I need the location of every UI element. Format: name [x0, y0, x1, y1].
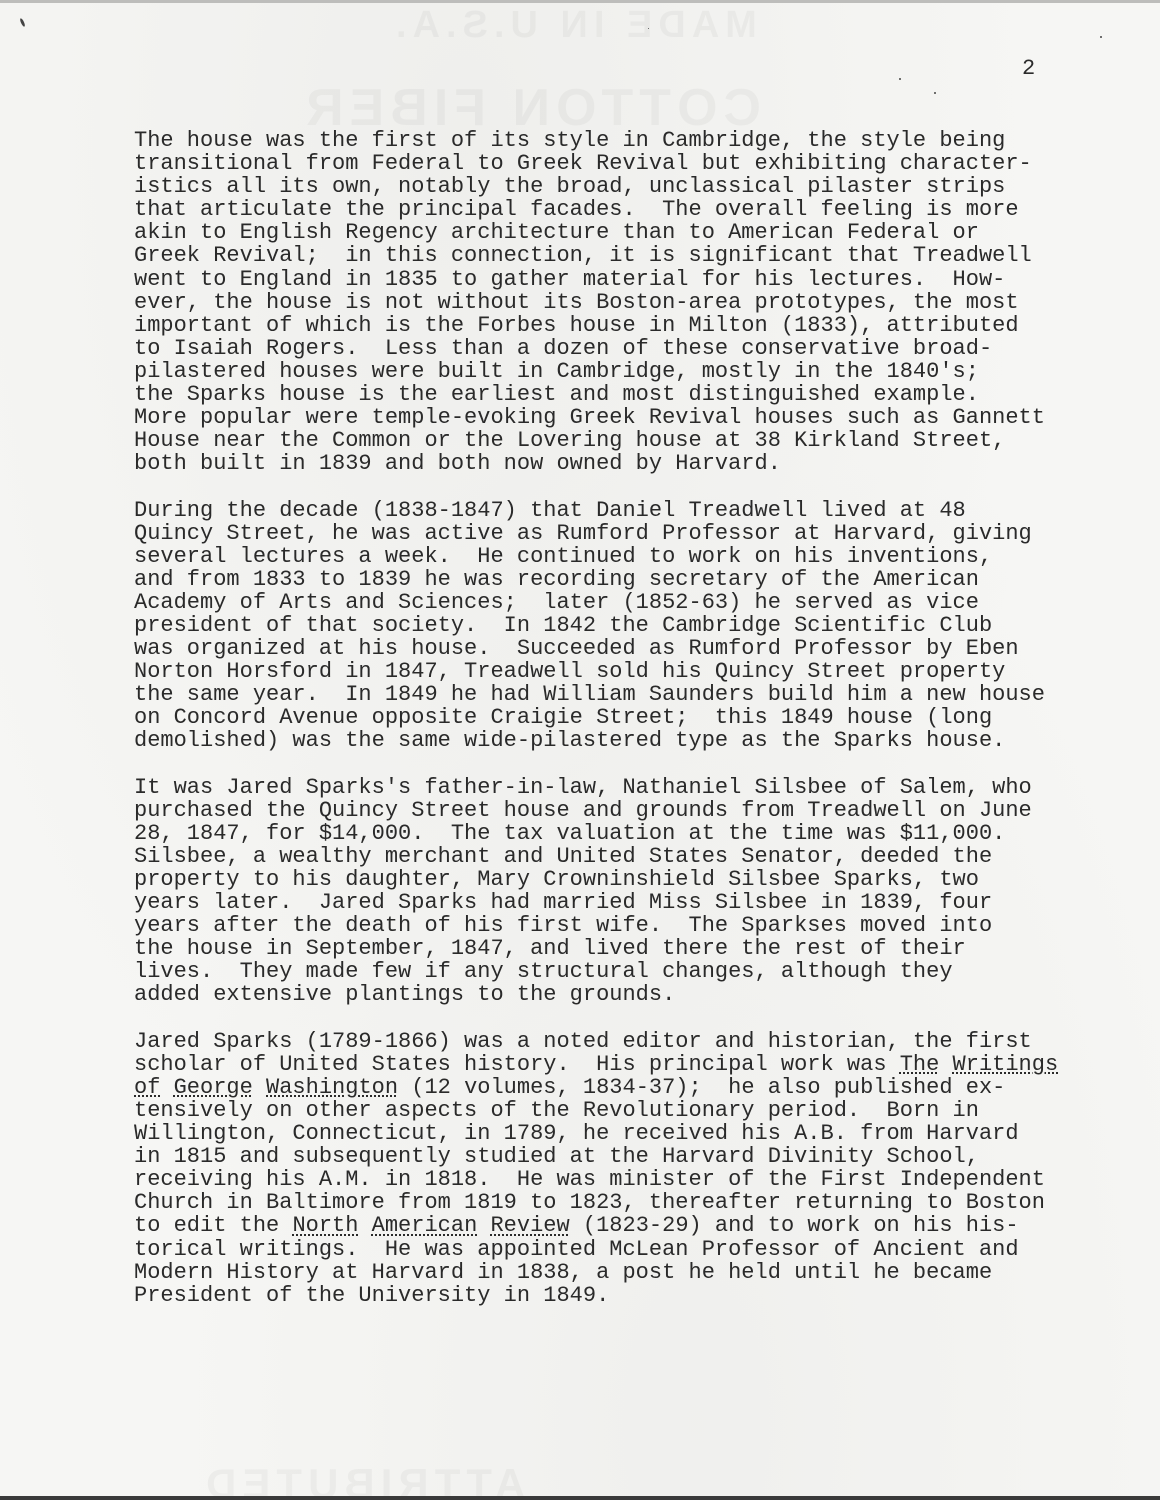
- text-line: the same year. In 1849 he had William Sa…: [134, 683, 1094, 706]
- scan-top-edge: [0, 0, 1160, 3]
- text-run: important of which is the Forbes house i…: [134, 313, 1019, 338]
- text-line: 28, 1847, for $14,000. The tax valuation…: [134, 822, 1094, 845]
- text-line: the Sparks house is the earliest and mos…: [134, 383, 1094, 406]
- text-run: ever, the house is not without its Bosto…: [134, 290, 1019, 315]
- text-line: and from 1833 to 1839 he was recording s…: [134, 568, 1094, 591]
- text-run: [160, 1075, 173, 1100]
- text-run: on Concord Avenue opposite Craigie Stree…: [134, 705, 992, 730]
- underlined-title-word: Washington: [266, 1075, 398, 1100]
- text-run: [477, 1213, 490, 1238]
- text-run: Willington, Connecticut, in 1789, he rec…: [134, 1121, 1019, 1146]
- text-run: property to his daughter, Mary Crowninsh…: [134, 867, 979, 892]
- underlined-title-word: Writings: [953, 1052, 1059, 1077]
- text-run: During the decade (1838-1847) that Danie…: [134, 498, 966, 523]
- text-run: 28, 1847, for $14,000. The tax valuation…: [134, 821, 1005, 846]
- text-line: purchased the Quincy Street house and gr…: [134, 799, 1094, 822]
- text-line: tensively on other aspects of the Revolu…: [134, 1099, 1094, 1122]
- text-run: Jared Sparks (1789-1866) was a noted edi…: [134, 1029, 1032, 1054]
- scan-speck: [934, 92, 936, 94]
- text-run: (1823-29) and to work on his his-: [570, 1213, 1019, 1238]
- scan-speck: [899, 78, 901, 80]
- text-line: of George Washington (12 volumes, 1834-3…: [134, 1076, 1094, 1099]
- text-line: receiving his A.M. in 1818. He was minis…: [134, 1168, 1094, 1191]
- paragraph-1: The house was the first of its style in …: [134, 129, 1094, 475]
- text-run: More popular were temple-evoking Greek R…: [134, 405, 1045, 430]
- text-run: went to England in 1835 to gather materi…: [134, 267, 1005, 292]
- text-run: years after the death of his first wife.…: [134, 913, 992, 938]
- underlined-title-word: Review: [490, 1213, 569, 1238]
- text-run: tensively on other aspects of the Revolu…: [134, 1098, 979, 1123]
- text-line: Greek Revival; in this connection, it is…: [134, 244, 1094, 267]
- text-line: pilastered houses were built in Cambridg…: [134, 360, 1094, 383]
- text-run: Norton Horsford in 1847, Treadwell sold …: [134, 659, 1005, 684]
- text-line: added extensive plantings to the grounds…: [134, 983, 1094, 1006]
- text-line: It was Jared Sparks's father-in-law, Nat…: [134, 776, 1094, 799]
- text-line: President of the University in 1849.: [134, 1284, 1094, 1307]
- text-line: scholar of United States history. His pr…: [134, 1053, 1094, 1076]
- text-line: president of that society. In 1842 the C…: [134, 614, 1094, 637]
- underlined-title-word: George: [174, 1075, 253, 1100]
- text-line: the house in September, 1847, and lived …: [134, 937, 1094, 960]
- text-line: to edit the North American Review (1823-…: [134, 1214, 1094, 1237]
- text-line: property to his daughter, Mary Crowninsh…: [134, 868, 1094, 891]
- scan-bottom-edge: [0, 1496, 1160, 1500]
- text-run: lives. They made few if any structural c…: [134, 959, 953, 984]
- scanned-page: MADE IN U.S.A. COTTON FIBER ATTRIBUTED 2…: [0, 0, 1160, 1500]
- text-run: to Isaiah Rogers. Less than a dozen of t…: [134, 336, 992, 361]
- text-run: Church in Baltimore from 1819 to 1823, t…: [134, 1190, 1045, 1215]
- text-line: Silsbee, a wealthy merchant and United S…: [134, 845, 1094, 868]
- text-run: President of the University in 1849.: [134, 1283, 609, 1308]
- text-line: During the decade (1838-1847) that Danie…: [134, 499, 1094, 522]
- text-line: More popular were temple-evoking Greek R…: [134, 406, 1094, 429]
- text-line: Academy of Arts and Sciences; later (185…: [134, 591, 1094, 614]
- text-line: akin to English Regency architecture tha…: [134, 221, 1094, 244]
- text-run: akin to English Regency architecture tha…: [134, 220, 979, 245]
- text-line: years later. Jared Sparks had married Mi…: [134, 891, 1094, 914]
- bleed-through-ghost-text: MADE IN U.S.A.: [390, 4, 757, 47]
- underlined-title-word: of: [134, 1075, 160, 1100]
- text-line: Church in Baltimore from 1819 to 1823, t…: [134, 1191, 1094, 1214]
- paragraph-4: Jared Sparks (1789-1866) was a noted edi…: [134, 1030, 1094, 1307]
- text-run: Silsbee, a wealthy merchant and United S…: [134, 844, 992, 869]
- text-run: years later. Jared Sparks had married Mi…: [134, 890, 992, 915]
- text-line: years after the death of his first wife.…: [134, 914, 1094, 937]
- paragraph-3: It was Jared Sparks's father-in-law, Nat…: [134, 776, 1094, 1007]
- text-line: that articulate the principal facades. T…: [134, 198, 1094, 221]
- text-run: the house in September, 1847, and lived …: [134, 936, 966, 961]
- text-run: transitional from Federal to Greek Reviv…: [134, 151, 1032, 176]
- text-run: The house was the first of its style in …: [134, 128, 1005, 153]
- text-line: Jared Sparks (1789-1866) was a noted edi…: [134, 1030, 1094, 1053]
- text-run: [939, 1052, 952, 1077]
- text-run: pilastered houses were built in Cambridg…: [134, 359, 979, 384]
- text-run: Quincy Street, he was active as Rumford …: [134, 521, 1032, 546]
- text-line: both built in 1839 and both now owned by…: [134, 452, 1094, 475]
- text-line: House near the Common or the Lovering ho…: [134, 429, 1094, 452]
- text-line: in 1815 and subsequently studied at the …: [134, 1145, 1094, 1168]
- text-line: to Isaiah Rogers. Less than a dozen of t…: [134, 337, 1094, 360]
- text-run: House near the Common or the Lovering ho…: [134, 428, 1005, 453]
- text-run: in 1815 and subsequently studied at the …: [134, 1144, 979, 1169]
- text-run: Modern History at Harvard in 1838, a pos…: [134, 1260, 992, 1285]
- scan-speck: [1100, 36, 1102, 38]
- text-line: important of which is the Forbes house i…: [134, 314, 1094, 337]
- underlined-title-word: The: [900, 1052, 940, 1077]
- text-line: lives. They made few if any structural c…: [134, 960, 1094, 983]
- scan-speck: [19, 18, 26, 27]
- text-line: torical writings. He was appointed McLea…: [134, 1238, 1094, 1261]
- page-number: 2: [1022, 56, 1035, 81]
- text-run: It was Jared Sparks's father-in-law, Nat…: [134, 775, 1032, 800]
- text-run: added extensive plantings to the grounds…: [134, 982, 675, 1007]
- text-run: scholar of United States history. His pr…: [134, 1052, 900, 1077]
- text-line: Modern History at Harvard in 1838, a pos…: [134, 1261, 1094, 1284]
- document-body: The house was the first of its style in …: [134, 129, 1094, 1330]
- text-run: president of that society. In 1842 the C…: [134, 613, 992, 638]
- text-line: went to England in 1835 to gather materi…: [134, 268, 1094, 291]
- text-line: Quincy Street, he was active as Rumford …: [134, 522, 1094, 545]
- text-line: on Concord Avenue opposite Craigie Stree…: [134, 706, 1094, 729]
- text-run: the Sparks house is the earliest and mos…: [134, 382, 979, 407]
- text-run: [253, 1075, 266, 1100]
- text-run: torical writings. He was appointed McLea…: [134, 1237, 1019, 1262]
- text-line: Willington, Connecticut, in 1789, he rec…: [134, 1122, 1094, 1145]
- text-run: the same year. In 1849 he had William Sa…: [134, 682, 1045, 707]
- underlined-title-word: North: [292, 1213, 358, 1238]
- text-line: ever, the house is not without its Bosto…: [134, 291, 1094, 314]
- text-run: to edit the: [134, 1213, 292, 1238]
- text-run: [358, 1213, 371, 1238]
- text-line: was organized at his house. Succeeded as…: [134, 637, 1094, 660]
- text-run: Academy of Arts and Sciences; later (185…: [134, 590, 979, 615]
- text-run: Greek Revival; in this connection, it is…: [134, 243, 1032, 268]
- text-line: istics all its own, notably the broad, u…: [134, 175, 1094, 198]
- text-run: that articulate the principal facades. T…: [134, 197, 1019, 222]
- text-run: receiving his A.M. in 1818. He was minis…: [134, 1167, 1045, 1192]
- text-line: Norton Horsford in 1847, Treadwell sold …: [134, 660, 1094, 683]
- text-run: istics all its own, notably the broad, u…: [134, 174, 1005, 199]
- text-run: (12 volumes, 1834-37); he also published…: [398, 1075, 1005, 1100]
- underlined-title-word: American: [372, 1213, 478, 1238]
- text-run: and from 1833 to 1839 he was recording s…: [134, 567, 979, 592]
- bleed-through-ghost-text: ATTRIBUTED: [200, 1460, 525, 1500]
- text-run: demolished) was the same wide-pilastered…: [134, 728, 1005, 753]
- text-line: demolished) was the same wide-pilastered…: [134, 729, 1094, 752]
- text-run: both built in 1839 and both now owned by…: [134, 451, 781, 476]
- text-line: The house was the first of its style in …: [134, 129, 1094, 152]
- text-line: transitional from Federal to Greek Reviv…: [134, 152, 1094, 175]
- text-run: several lectures a week. He continued to…: [134, 544, 992, 569]
- text-line: several lectures a week. He continued to…: [134, 545, 1094, 568]
- scan-speck: [648, 28, 649, 29]
- text-run: was organized at his house. Succeeded as…: [134, 636, 1019, 661]
- text-run: purchased the Quincy Street house and gr…: [134, 798, 1032, 823]
- paragraph-2: During the decade (1838-1847) that Danie…: [134, 499, 1094, 753]
